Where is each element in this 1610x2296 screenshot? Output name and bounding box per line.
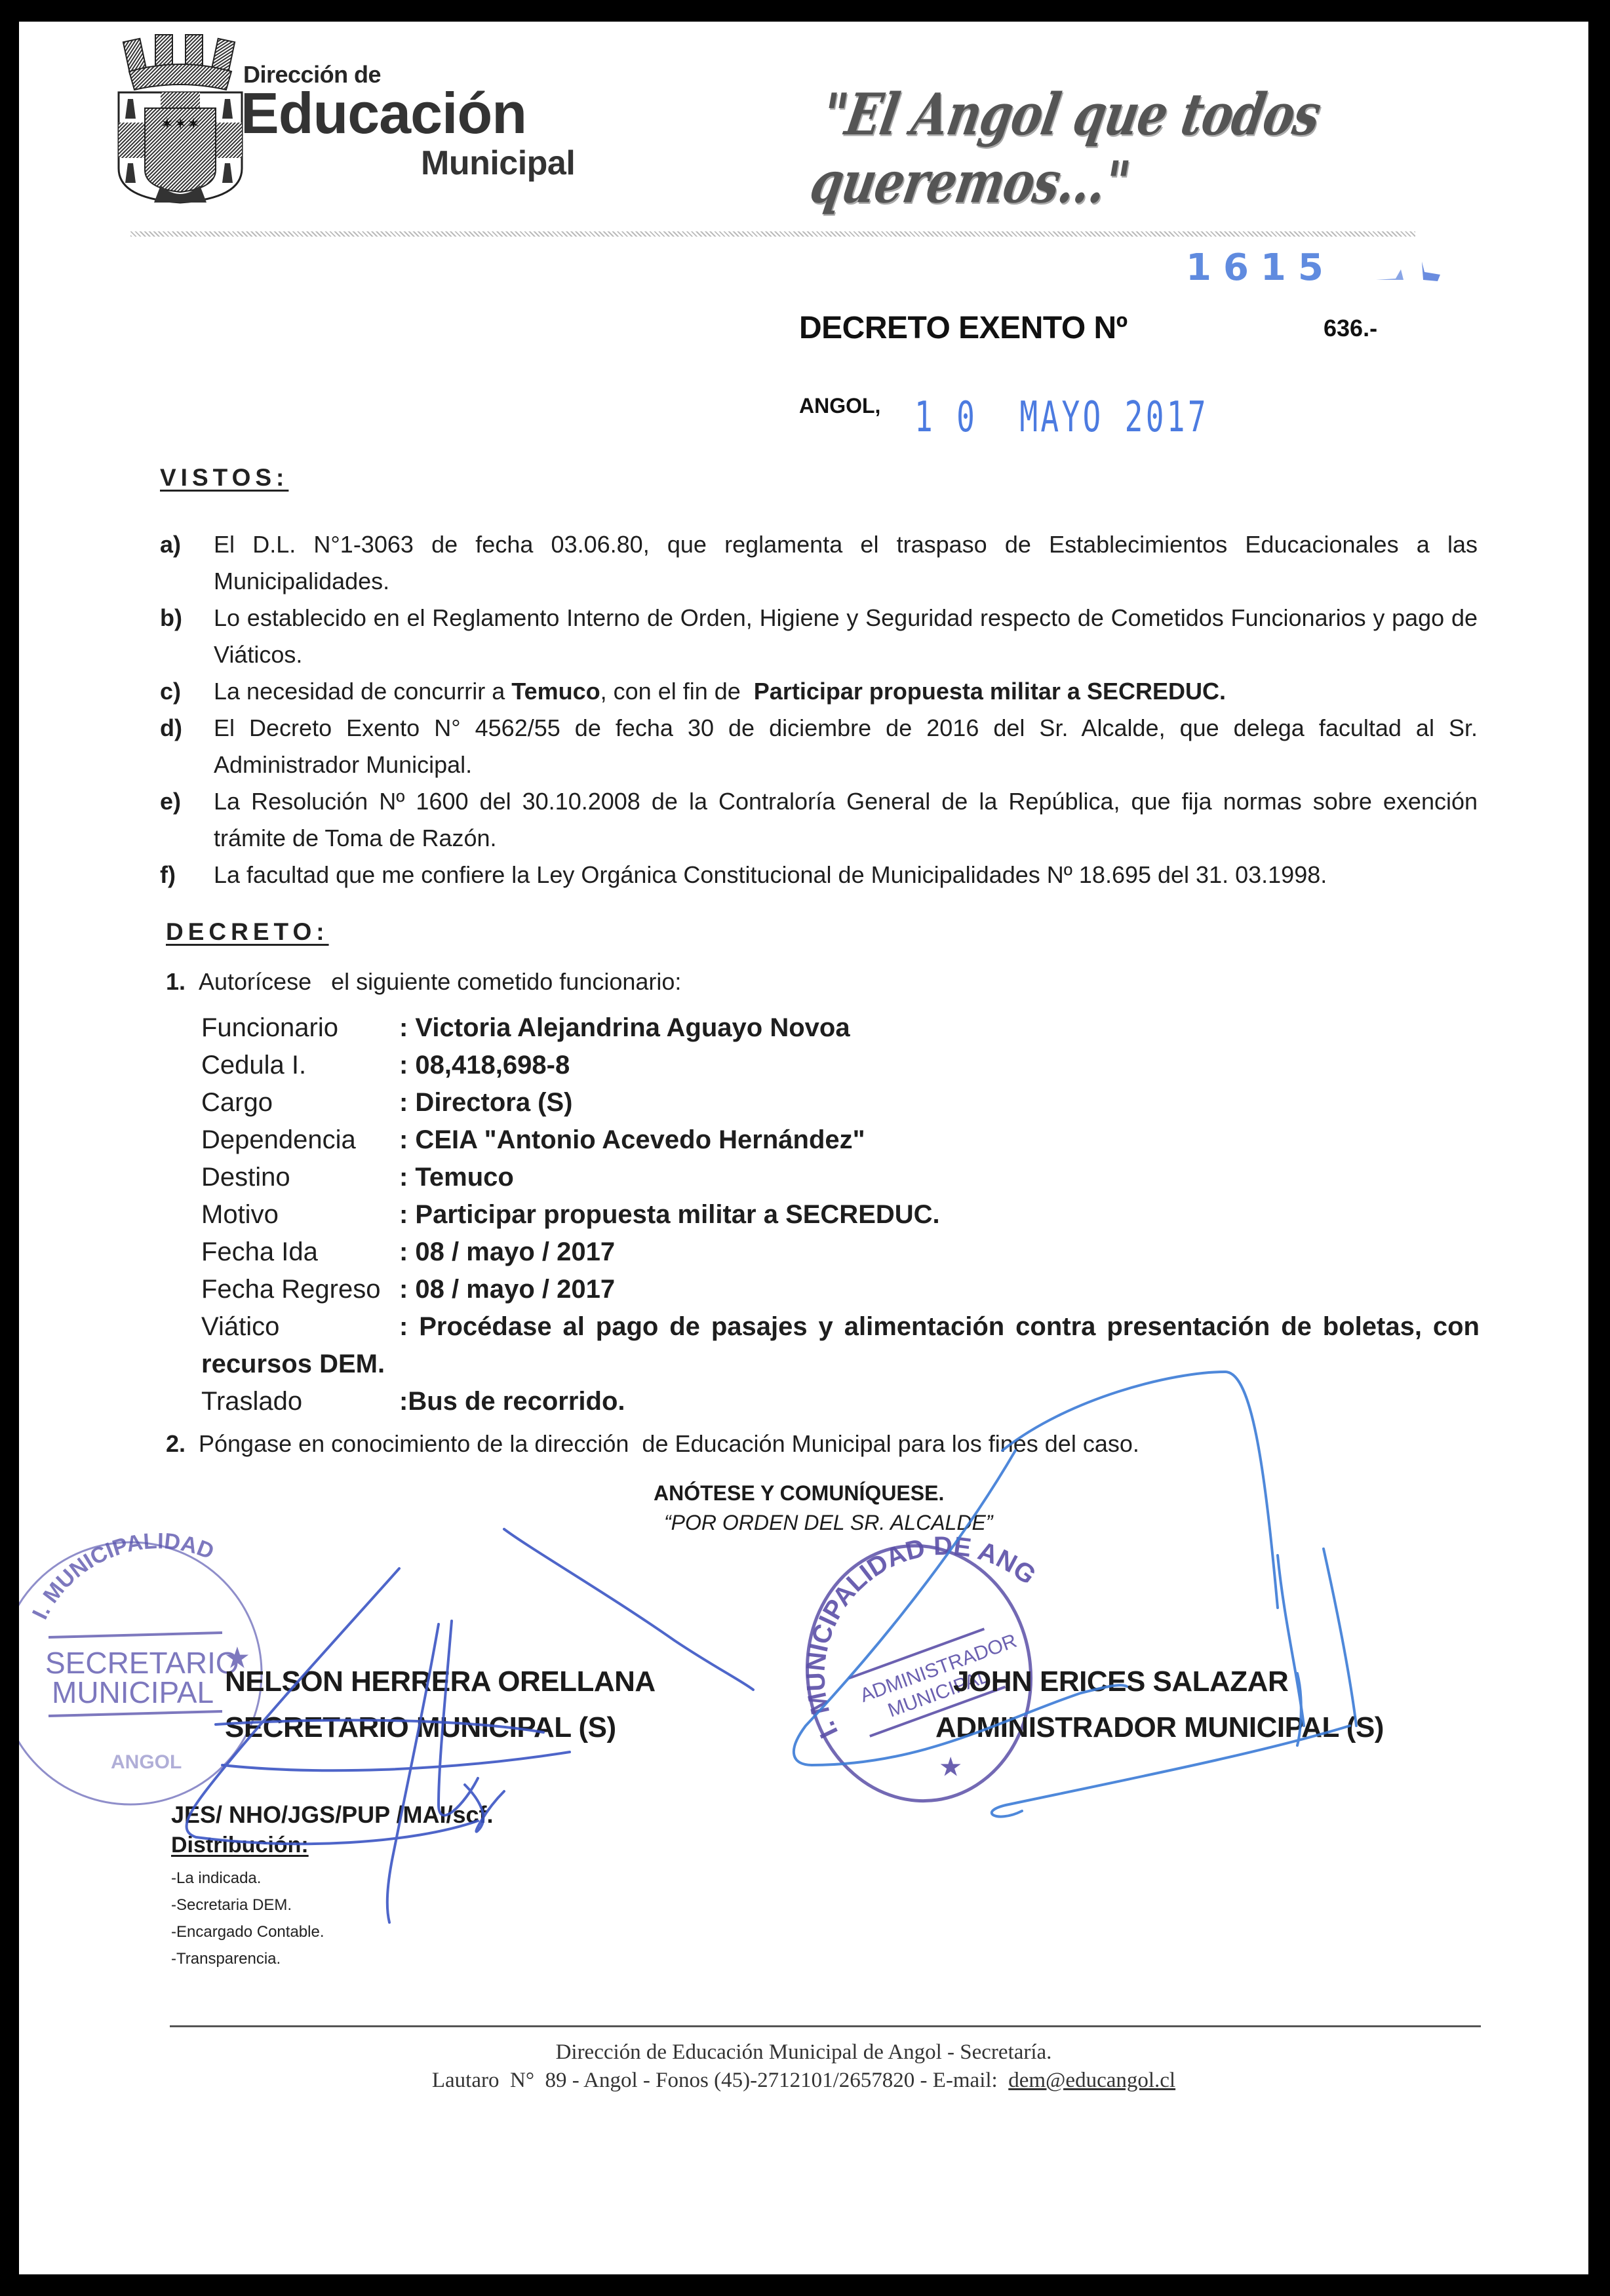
vistos-item-letter: c) [160,673,214,710]
field-value: : 08 / mayo / 2017 [399,1234,1480,1271]
footer-contact: Lautaro N° 89 - Angol - Fonos (45)-27121… [19,2069,1588,2093]
by-order-of-mayor: “POR ORDEN DEL SR. ALCALDE” [664,1511,992,1535]
signatory-1-name: NELSON HERRERA ORELLANA [225,1665,656,1698]
field-value: : 08,418,698-8 [399,1047,1480,1084]
vistos-item-text: El Decreto Exento N° 4562/55 de fecha 30… [214,710,1478,783]
footer-address: Lautaro N° 89 - Angol - Fonos (45)-27121… [432,2069,1008,2092]
point-number: 2. [166,1426,199,1462]
decree-point-1: 1.Autorícese el siguiente cometido funci… [166,963,681,1000]
document-page: ✶✶✶ Dirección de Educación Municipal "El… [19,22,1588,2274]
vistos-item: f) La facultad que me confiere la Ley Or… [160,857,1478,893]
field-value: : 08 / mayo / 2017 [399,1271,1480,1308]
field-label: Fecha Ida [201,1234,399,1271]
purpose-bold: Participar propuesta militar a SECREDUC. [754,678,1226,705]
vistos-item: b) Lo establecido en el Reglamento Inter… [160,600,1478,673]
signatory-1-role: SECRETARIO MUNICIPAL (S) [225,1711,616,1744]
field-row: Dependencia : CEIA "Antonio Acevedo Hern… [201,1121,1480,1159]
field-label: Viático [201,1308,399,1346]
footer-email-link[interactable]: dem@educangol.cl [1008,2069,1175,2092]
vistos-list: a) El D.L. N°1-3063 de fecha 03.06.80, q… [160,526,1478,893]
point-text: Autorícese el siguiente cometido funcion… [199,968,681,995]
footer-org: Dirección de Educación Municipal de Ango… [19,2040,1588,2065]
vistos-item-text: La necesidad de concurrir a Temuco, con … [214,673,1478,710]
distribution-item: -Encargado Contable. [171,1918,324,1945]
vistos-item-letter: d) [160,710,214,783]
svg-text:✶✶✶: ✶✶✶ [161,115,200,133]
vistos-item-text: El D.L. N°1-3063 de fecha 03.06.80, que … [214,526,1478,600]
registry-number-stamp: 1615 [1186,246,1335,289]
date-stamp: 1 0 MAYO 2017 [914,393,1209,442]
field-row: Viático: Procédase al pago de pasajes y … [201,1308,1480,1383]
field-row: Traslado :Bus de recorrido. [201,1383,1480,1420]
field-value: : Participar propuesta militar a SECREDU… [399,1196,1480,1234]
distribution-item: -La indicada. [171,1865,324,1892]
svg-text:★: ★ [940,1753,961,1780]
field-row: Motivo : Participar propuesta militar a … [201,1196,1480,1234]
destination-bold: Temuco [511,678,600,705]
slogan: "El Angol que todos queremos..." [806,80,1588,216]
municipal-crest-logo: ✶✶✶ [115,31,246,205]
assignment-fields: Funcionario : Victoria Alejandrina Aguay… [201,1009,1480,1420]
field-row: Cargo : Directora (S) [201,1084,1480,1121]
field-label: Destino [201,1159,399,1196]
point-number: 1. [166,963,199,1000]
stamp-line2: MUNICIPAL [52,1675,214,1709]
stamp-arc-bottom: ANGOL [111,1751,182,1773]
field-label: Funcionario [201,1009,399,1047]
field-label: Traslado [201,1383,399,1420]
field-label: Cargo [201,1084,399,1121]
vistos-heading: VISTOS: [160,464,288,492]
text-fragment: La necesidad de concurrir a [214,678,511,705]
distribution-heading: Distribución: [171,1833,309,1858]
vistos-item-letter: e) [160,783,214,857]
ink-smudge [1369,258,1442,284]
vistos-item-letter: a) [160,526,214,600]
field-value: : Directora (S) [399,1084,1480,1121]
distribution-list: -La indicada. -Secretaria DEM. -Encargad… [171,1865,324,1972]
place-label: ANGOL, [799,394,880,418]
vistos-item-letter: b) [160,600,214,673]
text-fragment: , con el fin de [600,678,754,705]
field-row: Funcionario : Victoria Alejandrina Aguay… [201,1009,1480,1047]
decreto-heading: DECRETO: [166,918,329,946]
distribution-item: -Transparencia. [171,1945,324,1972]
field-label: Dependencia [201,1121,399,1159]
field-value: : CEIA "Antonio Acevedo Hernández" [399,1121,1480,1159]
stamp-line1: SECRETARIO [45,1646,239,1680]
decree-point-2: 2.Póngase en conocimiento de la direcció… [166,1426,1139,1462]
decree-number: 636.- [1324,315,1377,342]
vistos-item: d) El Decreto Exento N° 4562/55 de fecha… [160,710,1478,783]
org-name-line2: Educación [241,85,526,142]
field-row: Destino : Temuco [201,1159,1480,1196]
field-label: Cedula I. [201,1047,399,1084]
vistos-item-text: Lo establecido en el Reglamento Interno … [214,600,1478,673]
signatory-2-name: JOHN ERICES SALAZAR [953,1665,1288,1698]
distribution-item: -Secretaria DEM. [171,1892,324,1918]
vistos-item-text: La facultad que me confiere la Ley Orgán… [214,857,1478,893]
header-separator [130,231,1415,237]
stamp-arc-text: I. MUNICIPALIDAD [28,1528,218,1623]
field-value: : Victoria Alejandrina Aguayo Novoa [399,1009,1480,1047]
decree-title: DECRETO EXENTO Nº [799,310,1128,346]
field-label: Fecha Regreso [201,1271,399,1308]
signatory-2-role: ADMINISTRADOR MUNICIPAL (S) [935,1711,1384,1744]
field-label: Motivo [201,1196,399,1234]
vistos-item: e) La Resolución Nº 1600 del 30.10.2008 … [160,783,1478,857]
vistos-item: c) La necesidad de concurrir a Temuco, c… [160,673,1478,710]
point-text: Póngase en conocimiento de la dirección … [199,1430,1139,1457]
field-row: Fecha Regreso : 08 / mayo / 2017 [201,1271,1480,1308]
field-row: Fecha Ida : 08 / mayo / 2017 [201,1234,1480,1271]
org-name-line3: Municipal [421,144,575,183]
field-value: : Temuco [399,1159,1480,1196]
closing-formula: ANÓTESE Y COMUNÍQUESE. [654,1481,944,1506]
vistos-item-text: La Resolución Nº 1600 del 30.10.2008 de … [214,783,1478,857]
field-value: :Bus de recorrido. [399,1383,1480,1420]
reference-initials: JES/ NHO/JGS/PUP /MAI/scf. [171,1801,493,1829]
vistos-item: a) El D.L. N°1-3063 de fecha 03.06.80, q… [160,526,1478,600]
field-row: Cedula I. : 08,418,698-8 [201,1047,1480,1084]
footer-separator [170,2025,1481,2027]
vistos-item-letter: f) [160,857,214,893]
